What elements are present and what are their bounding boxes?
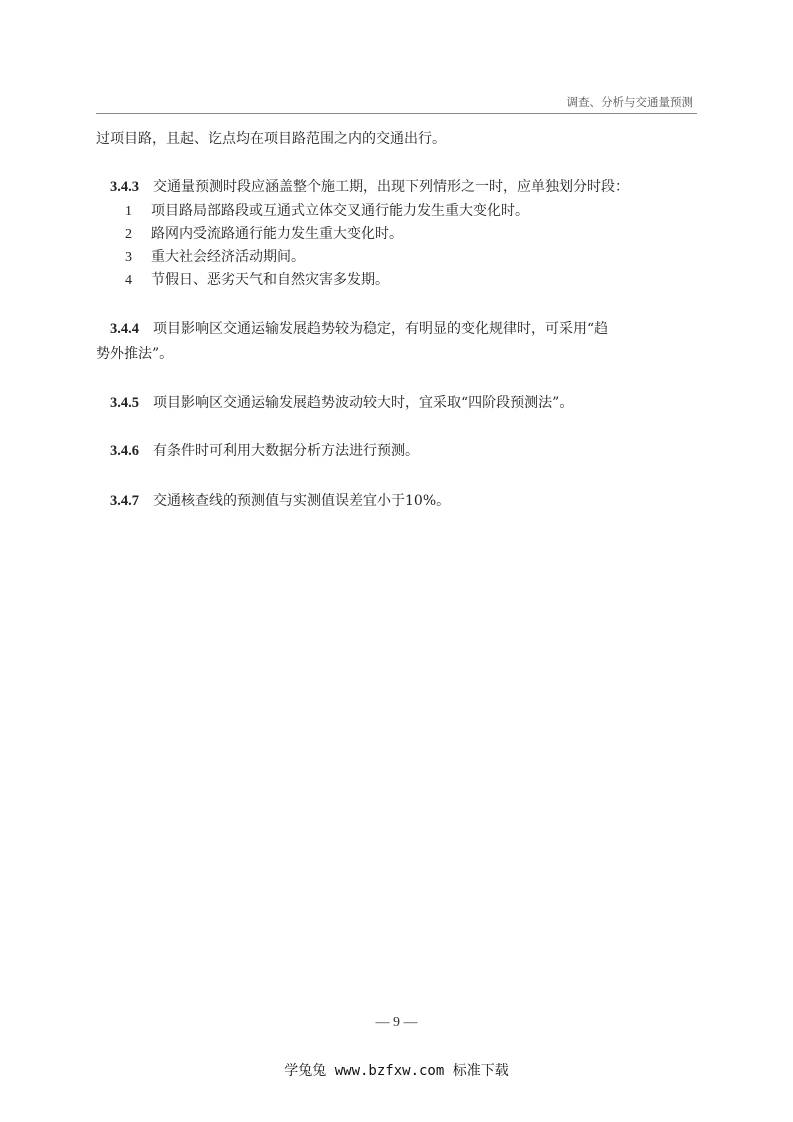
list-item-text: 节假日、恶劣天气和自然灾害多发期。 (151, 272, 389, 288)
clause-text: 项目影响区交通运输发展趋势波动较大时，宜采取“四阶段预测法”。 (153, 395, 573, 411)
list-item: 4节假日、恶劣天气和自然灾害多发期。 (125, 269, 389, 292)
header-divider (96, 113, 697, 114)
clause-3-4-7: 3.4.7交通核查线的预测值与实测值误差宜小于10%。 (110, 490, 450, 512)
clause-3-4-6: 3.4.6有条件时可利用大数据分析方法进行预测。 (110, 440, 419, 462)
running-header-title: 调查、分析与交通量预测 (567, 94, 694, 110)
list-item-number: 1 (125, 201, 151, 223)
continuation-paragraph: 过项目路，且起、讫点均在项目路范围之内的交通出行。 (96, 128, 446, 150)
list-item: 1项目路局部路段或互通式立体交叉通行能力发生重大变化时。 (125, 200, 529, 223)
clause-text: 交通量预测时段应涵盖整个施工期，出现下列情形之一时，应单独划分时段： (153, 179, 629, 195)
clause-number: 3.4.7 (110, 493, 139, 509)
list-item-text: 重大社会经济活动期间。 (151, 249, 305, 265)
list-item-text: 路网内受流路通行能力发生重大变化时。 (151, 226, 403, 242)
list-item: 3重大社会经济活动期间。 (125, 246, 305, 269)
clause-3-4-4: 3.4.4项目影响区交通运输发展趋势较为稳定，有明显的变化规律时，可采用“趋 (110, 318, 608, 340)
clause-text: 交通核查线的预测值与实测值误差宜小于10%。 (153, 493, 450, 509)
clause-3-4-5: 3.4.5项目影响区交通运输发展趋势波动较大时，宜采取“四阶段预测法”。 (110, 392, 573, 414)
clause-text: 项目影响区交通运输发展趋势较为稳定，有明显的变化规律时，可采用“趋 (153, 321, 608, 337)
clause-number: 3.4.3 (110, 179, 139, 195)
list-item-number: 3 (125, 247, 151, 269)
clause-3-4-4-continuation: 势外推法”。 (96, 343, 173, 365)
watermark-text: 学兔兔 www.bzfxw.com 标准下载 (0, 1060, 793, 1080)
list-item-text: 项目路局部路段或互通式立体交叉通行能力发生重大变化时。 (151, 203, 529, 219)
clause-number: 3.4.5 (110, 395, 139, 411)
list-item-number: 4 (125, 270, 151, 292)
list-item: 2路网内受流路通行能力发生重大变化时。 (125, 223, 403, 246)
clause-3-4-3: 3.4.3交通量预测时段应涵盖整个施工期，出现下列情形之一时，应单独划分时段： (110, 176, 629, 198)
clause-text: 有条件时可利用大数据分析方法进行预测。 (153, 443, 419, 459)
list-item-number: 2 (125, 224, 151, 246)
clause-number: 3.4.6 (110, 443, 139, 459)
page-number: — 9 — (0, 1015, 793, 1031)
clause-number: 3.4.4 (110, 321, 139, 337)
